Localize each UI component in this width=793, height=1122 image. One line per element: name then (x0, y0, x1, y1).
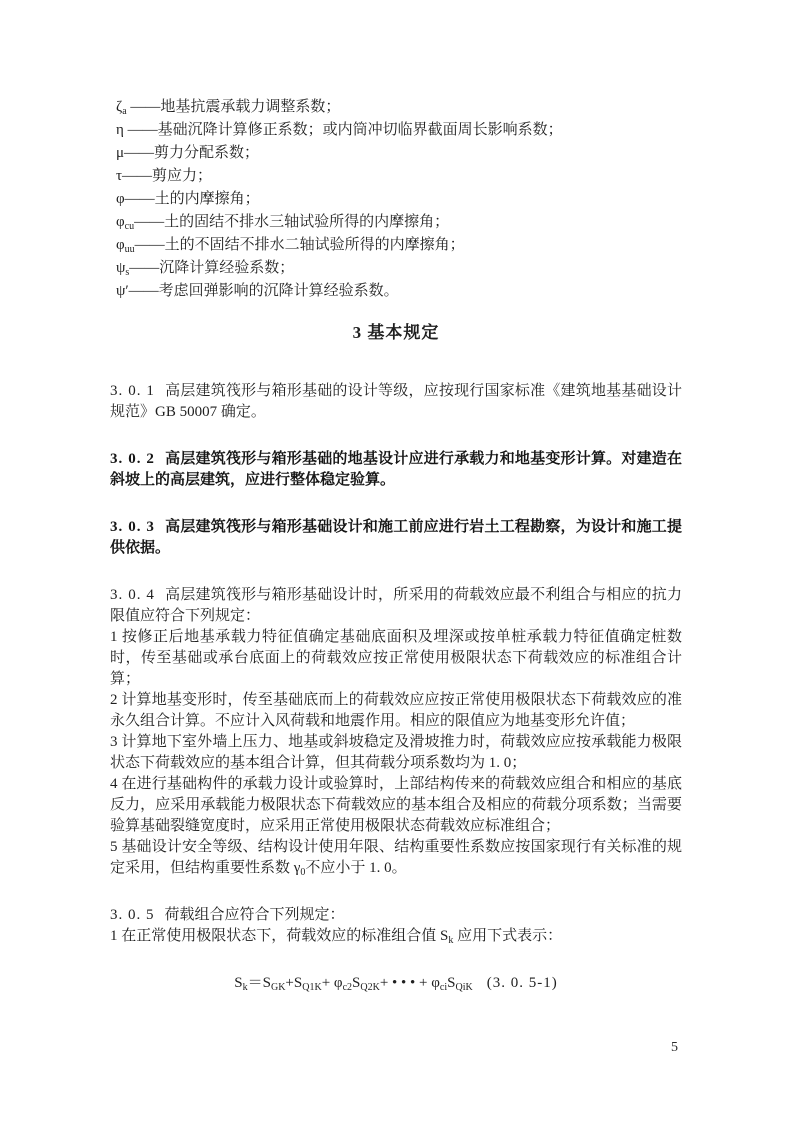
clause-number: 3. 0. 4 (110, 587, 155, 603)
symbol-definition: τ——剪应力； (116, 165, 682, 188)
clause-item: 5 基础设计安全等级、结构设计使用年限、结构重要性系数应按国家现行有关标准的规定… (110, 837, 682, 879)
symbol-definition: φuu——土的不固结不排水二轴试验所得的内摩擦角； (116, 234, 682, 257)
clause-text: 高层建筑筏形与箱形基础的地基设计应进行承载力和地基变形计算。对建造在斜坡上的高层… (110, 451, 682, 488)
clause-text: 高层建筑筏形与箱形基础的设计等级，应按现行国家标准《建筑地基基础设计规范》GB … (110, 383, 682, 420)
clause-item: 1 按修正后地基承载力特征值确定基础底面积及埋深或按单桩承载力特征值确定桩数时，… (110, 627, 682, 690)
symbol-definition: φ——土的内摩擦角； (116, 188, 682, 211)
clause-number: 3. 0. 3 (110, 519, 155, 535)
clause-3-0-1: 3. 0. 1高层建筑筏形与箱形基础的设计等级，应按现行国家标准《建筑地基基础设… (110, 381, 682, 423)
clause-item: 4 在进行基础构件的承载力设计或验算时，上部结构传来的荷载效应组合和相应的基底反… (110, 774, 682, 837)
clause-number: 3. 0. 1 (110, 383, 155, 399)
document-page: ζa ——地基抗震承载力调整系数； η ——基础沉降计算修正系数；或内筒冲切临界… (0, 0, 793, 1122)
symbol-list: ζa ——地基抗震承载力调整系数； η ——基础沉降计算修正系数；或内筒冲切临界… (116, 96, 682, 303)
equation-number: (3. 0. 5-1) (487, 975, 558, 991)
clause-item-list: 1 按修正后地基承载力特征值确定基础底面积及埋深或按单桩承载力特征值确定桩数时，… (110, 627, 682, 879)
clause-intro: 3. 0. 5荷载组合应符合下列规定： (110, 905, 682, 926)
clause-item: 3 计算地下室外墙上压力、地基或斜坡稳定及滑坡推力时，荷载效应应按承载能力极限状… (110, 732, 682, 774)
clause-text: 高层建筑筏形与箱形基础设计时，所采用的荷载效应最不利组合与相应的抗力限值应符合下… (110, 587, 682, 624)
formula: Sk＝SGK+SQ1K+ φc2SQ2K+ • • • + φciSQiK(3.… (110, 973, 682, 994)
clause-text: 高层建筑筏形与箱形基础设计和施工前应进行岩土工程勘察，为设计和施工提供依据。 (110, 519, 682, 556)
formula-expression: Sk＝SGK+SQ1K+ φc2SQ2K+ • • • + φciSQiK (234, 975, 472, 991)
section-heading: 3 基本规定 (110, 318, 682, 343)
symbol-definition: μ——剪力分配系数； (116, 142, 682, 165)
page-number: 5 (671, 1040, 678, 1056)
clause-3-0-4: 3. 0. 4高层建筑筏形与箱形基础设计时，所采用的荷载效应最不利组合与相应的抗… (110, 585, 682, 879)
symbol-definition: ψ′——考虑回弹影响的沉降计算经验系数。 (116, 280, 682, 303)
clause-item: 1 在正常使用极限状态下，荷载效应的标准组合值 Sk 应用下式表示： (110, 926, 682, 947)
symbol-definition: η ——基础沉降计算修正系数；或内筒冲切临界截面周长影响系数； (116, 119, 682, 142)
page-content: ζa ——地基抗震承载力调整系数； η ——基础沉降计算修正系数；或内筒冲切临界… (110, 96, 682, 994)
symbol-definition: ψs——沉降计算经验系数； (116, 257, 682, 280)
clause-intro: 3. 0. 4高层建筑筏形与箱形基础设计时，所采用的荷载效应最不利组合与相应的抗… (110, 585, 682, 627)
clause-text: 荷载组合应符合下列规定： (165, 907, 345, 923)
symbol-definition: ζa ——地基抗震承载力调整系数； (116, 96, 682, 119)
clause-item: 2 计算地基变形时，传至基础底而上的荷载效应应按正常使用极限状态下荷载效应的准永… (110, 690, 682, 732)
clause-3-0-3: 3. 0. 3高层建筑筏形与箱形基础设计和施工前应进行岩土工程勘察，为设计和施工… (110, 517, 682, 559)
clause-3-0-2: 3. 0. 2高层建筑筏形与箱形基础的地基设计应进行承载力和地基变形计算。对建造… (110, 449, 682, 491)
clause-3-0-5: 3. 0. 5荷载组合应符合下列规定： 1 在正常使用极限状态下，荷载效应的标准… (110, 905, 682, 947)
symbol-definition: φcu——土的固结不排水三轴试验所得的内摩擦角； (116, 211, 682, 234)
clause-number: 3. 0. 2 (110, 451, 155, 467)
clause-item-list: 1 在正常使用极限状态下，荷载效应的标准组合值 Sk 应用下式表示： (110, 926, 682, 947)
clause-number: 3. 0. 5 (110, 907, 155, 923)
